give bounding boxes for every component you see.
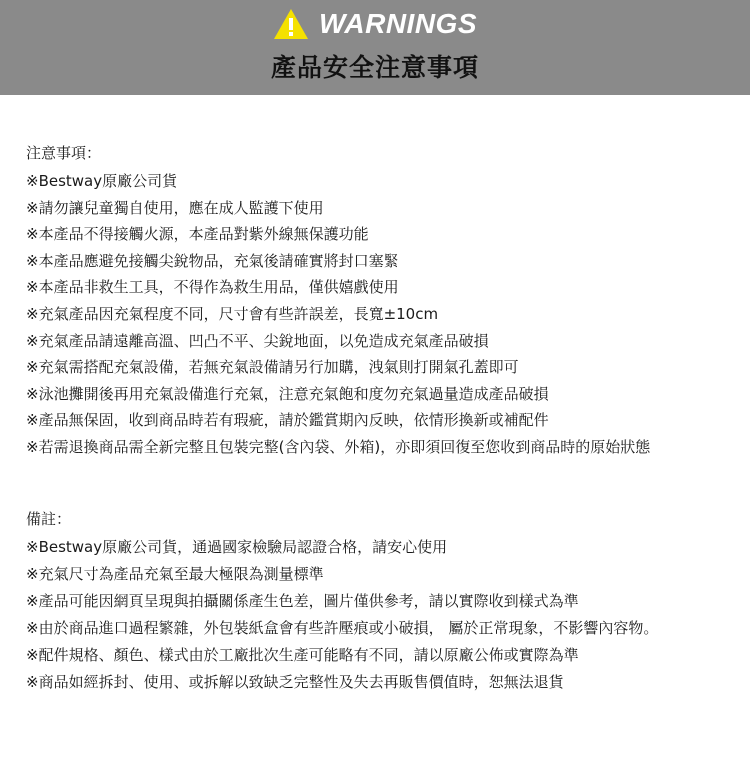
notice-item: ※充氣產品因充氣程度不同，尺寸會有些許誤差，長寬±10cm [26, 301, 650, 328]
remark-item: ※Bestway原廠公司貨，通過國家檢驗局認證合格，請安心使用 [26, 534, 658, 561]
notice-item: ※充氣產品請遠離高溫、凹凸不平、尖銳地面，以免造成充氣產品破損 [26, 328, 650, 355]
remark-item: ※由於商品進口過程繁雜，外包裝紙盒會有些許壓痕或小破損， 屬於正常現象，不影響內… [26, 615, 658, 642]
warning-label: WARNINGS [319, 8, 477, 40]
remark-item: ※充氣尺寸為產品充氣至最大極限為測量標準 [26, 561, 658, 588]
notice-item: ※請勿讓兒童獨自使用，應在成人監護下使用 [26, 195, 650, 222]
notice-item: ※Bestway原廠公司貨 [26, 168, 650, 195]
remarks-title: 備註： [26, 505, 658, 534]
warning-heading: WARNINGS [273, 5, 477, 43]
notice-item: ※若需退換商品需全新完整且包裝完整(含內袋、外箱)，亦即須回復至您收到商品時的原… [26, 434, 650, 461]
notice-item: ※本產品非救生工具，不得作為救生用品，僅供嬉戲使用 [26, 274, 650, 301]
notice-item: ※泳池攤開後再用充氣設備進行充氣，注意充氣飽和度勿充氣過量造成產品破損 [26, 381, 650, 408]
remark-item: ※商品如經拆封、使用、或拆解以致缺乏完整性及失去再販售價值時，恕無法退貨 [26, 669, 658, 696]
page-title: 產品安全注意事項 [271, 48, 479, 84]
notice-item: ※本產品不得接觸火源，本產品對紫外線無保護功能 [26, 221, 650, 248]
notices-section: 注意事項： ※Bestway原廠公司貨 ※請勿讓兒童獨自使用，應在成人監護下使用… [26, 139, 650, 461]
warning-triangle-icon [273, 8, 309, 40]
remark-item: ※產品可能因網頁呈現與拍攝關係產生色差，圖片僅供參考，請以實際收到樣式為準 [26, 588, 658, 615]
notice-item: ※充氣需搭配充氣設備，若無充氣設備請另行加購，洩氣則打開氣孔蓋即可 [26, 354, 650, 381]
notices-title: 注意事項： [26, 139, 650, 168]
notice-item: ※本產品應避免接觸尖銳物品，充氣後請確實將封口塞緊 [26, 248, 650, 275]
remark-item: ※配件規格、顏色、樣式由於工廠批次生產可能略有不同，請以原廠公佈或實際為準 [26, 642, 658, 669]
notice-item: ※產品無保固，收到商品時若有瑕疵，請於鑑賞期內反映，依情形換新或補配件 [26, 407, 650, 434]
warning-banner: WARNINGS 產品安全注意事項 [0, 0, 750, 95]
remarks-section: 備註： ※Bestway原廠公司貨，通過國家檢驗局認證合格，請安心使用 ※充氣尺… [26, 505, 658, 696]
